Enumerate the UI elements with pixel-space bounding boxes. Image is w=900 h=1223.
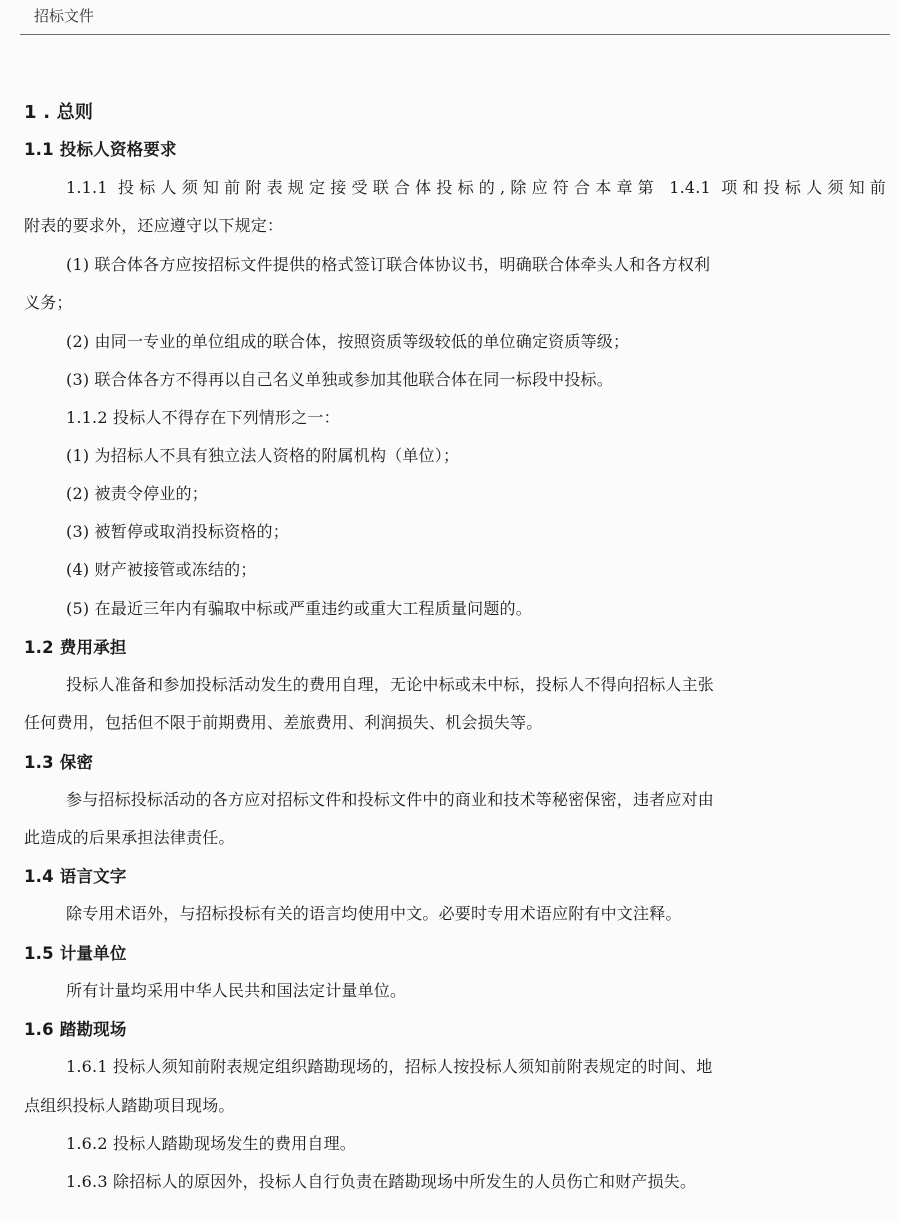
paragraph-1-3-cont: 此造成的后果承担法律责任。 <box>24 825 235 848</box>
section-title-1-1: 1.1 投标人资格要求 <box>24 136 177 160</box>
paragraph-1-6-3: 1.6.3 除招标人的原因外，投标人自行负责在踏勘现场中所发生的人员伤亡和财产损… <box>66 1169 696 1192</box>
paragraph-1-2: 投标人准备和参加投标活动发生的费用自理，无论中标或未中标，投标人不得向招标人主张 <box>66 672 714 695</box>
condition-2: (2) 被责令停业的； <box>66 481 208 504</box>
section-title-1-5: 1.5 计量单位 <box>24 940 127 964</box>
condition-5: (5) 在最近三年内有骗取中标或严重违约或重大工程质量问题的。 <box>66 596 532 619</box>
list-item-1: (1) 联合体各方应按招标文件提供的格式签订联合体协议书，明确联合体牵头人和各方… <box>66 252 886 275</box>
paragraph-1-1-1-cont: 附表的要求外，还应遵守以下规定： <box>24 213 283 236</box>
paragraph-1-6-1: 1.6.1 投标人须知前附表规定组织踏勘现场的，招标人按投标人须知前附表规定的时… <box>66 1054 712 1077</box>
paragraph-1-3: 参与招标投标活动的各方应对招标文件和投标文件中的商业和技术等秘密保密，违者应对由 <box>66 787 714 810</box>
section-title-1-4: 1.4 语言文字 <box>24 863 127 887</box>
page-header: 招标文件 <box>20 0 890 35</box>
paragraph-1-1-2: 1.1.2 投标人不得存在下列情形之一： <box>66 405 340 428</box>
paragraph-1-5: 所有计量均采用中华人民共和国法定计量单位。 <box>66 978 406 1001</box>
paragraph-1-4: 除专用术语外，与招标投标有关的语言均使用中文。必要时专用术语应附有中文注释。 <box>66 901 682 924</box>
condition-3: (3) 被暂停或取消投标资格的； <box>66 519 289 542</box>
section-title-1-6: 1.6 踏勘现场 <box>24 1016 127 1040</box>
paragraph-1-2-cont: 任何费用，包括但不限于前期费用、差旅费用、利润损失、机会损失等。 <box>24 710 542 733</box>
list-item-3: (3) 联合体各方不得再以自己名义单独或参加其他联合体在同一标段中投标。 <box>66 367 613 390</box>
paragraph-1-6-2: 1.6.2 投标人踏勘现场发生的费用自理。 <box>66 1131 356 1154</box>
list-item-1-cont: 义务； <box>24 290 73 313</box>
paragraph-1-6-1-cont: 点组织投标人踏勘项目现场。 <box>24 1093 235 1116</box>
section-title-1-3: 1.3 保密 <box>24 749 93 773</box>
section-title-1-2: 1.2 费用承担 <box>24 634 127 658</box>
header-title: 招标文件 <box>34 5 94 26</box>
paragraph-1-1-1: 1.1.1 投标人须知前附表规定接受联合体投标的,除应符合本章第 1.4.1 项… <box>66 175 886 198</box>
list-item-2: (2) 由同一专业的单位组成的联合体，按照资质等级较低的单位确定资质等级； <box>66 329 629 352</box>
condition-4: (4) 财产被接管或冻结的； <box>66 557 257 580</box>
chapter-title: 1 . 总则 <box>24 98 93 124</box>
condition-1: (1) 为招标人不具有独立法人资格的附属机构（单位）； <box>66 443 459 466</box>
